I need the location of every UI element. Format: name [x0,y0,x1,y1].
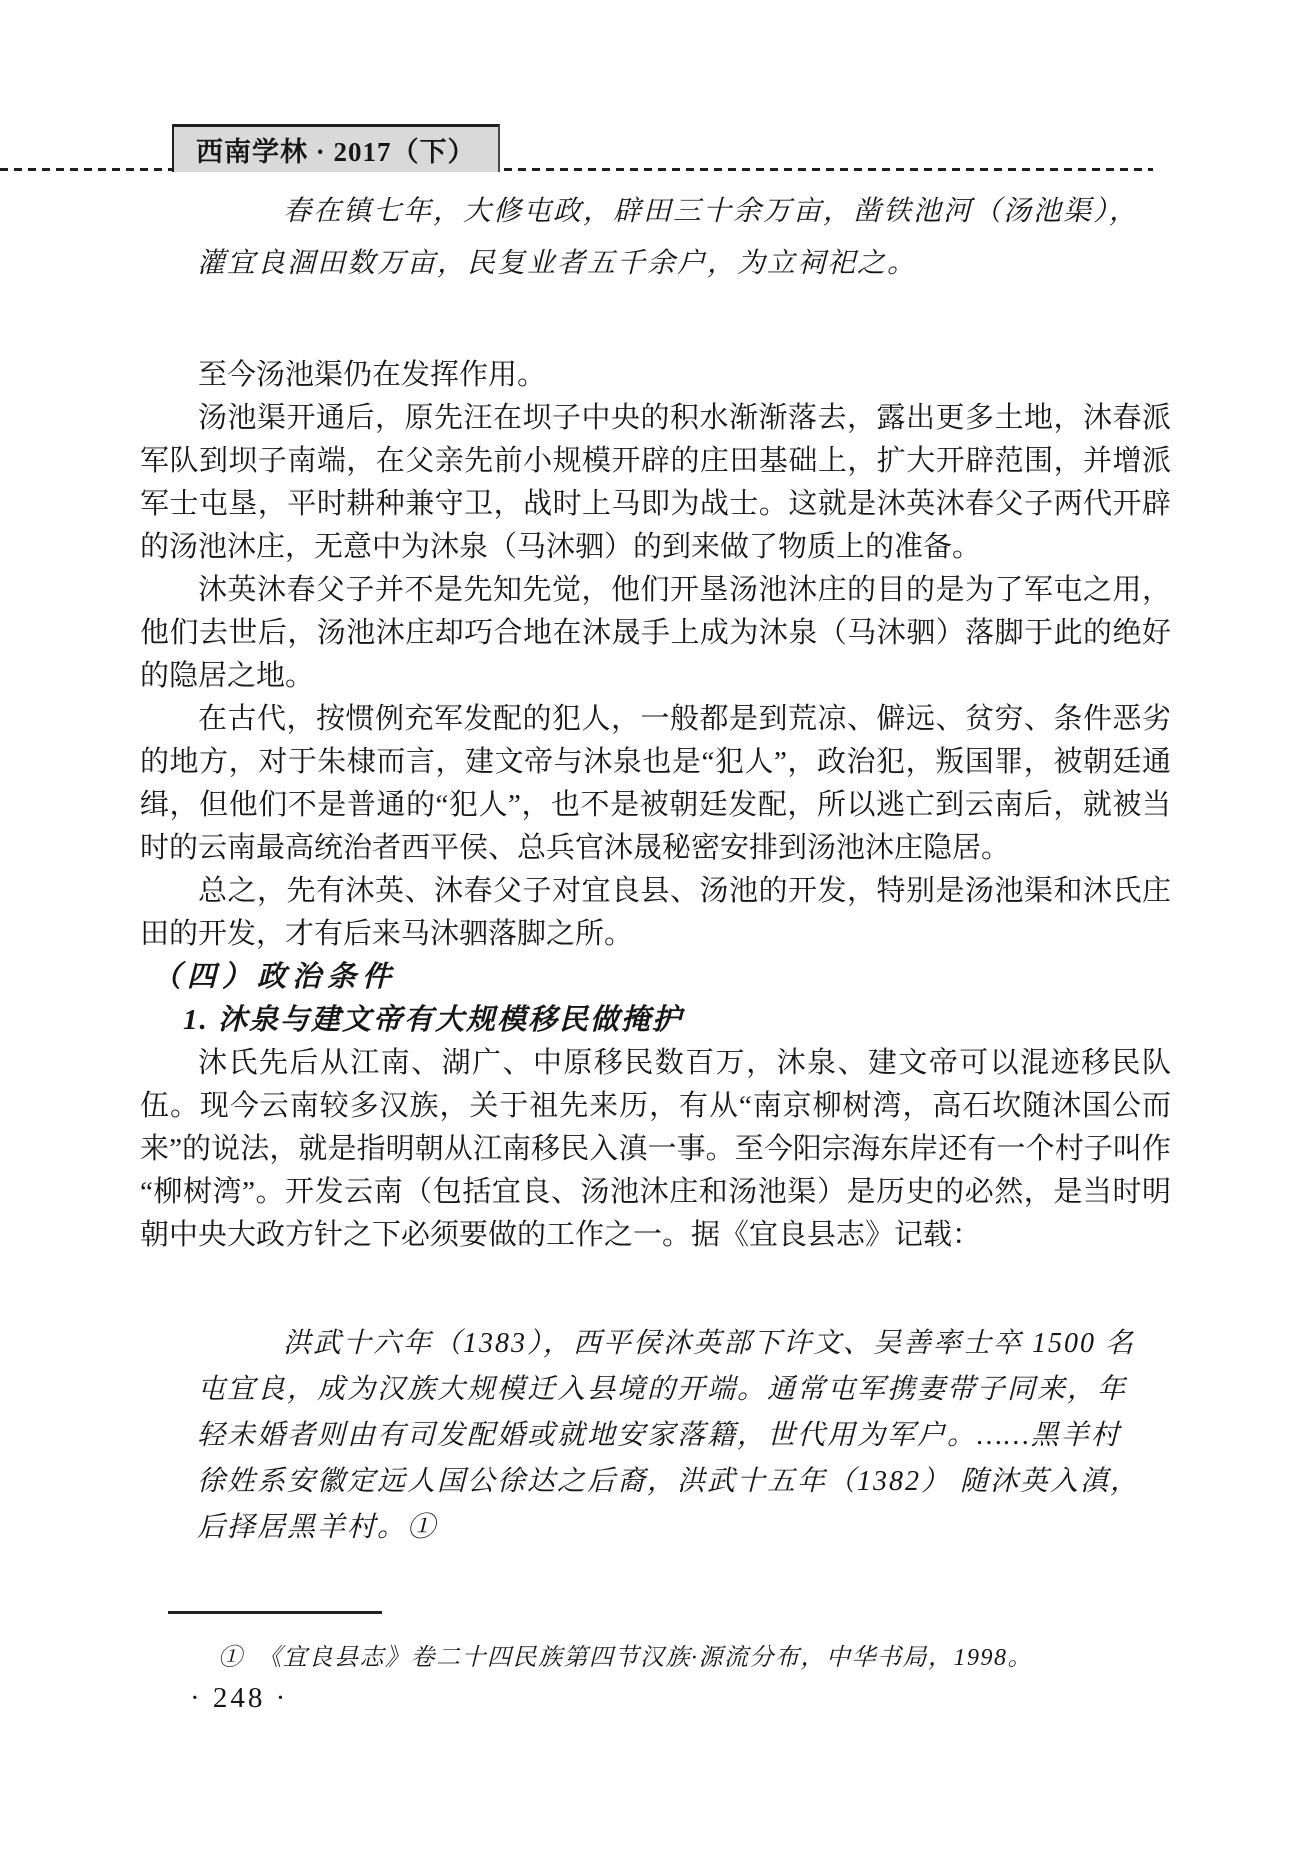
sub-heading-migration-cover: 1. 沐泉与建文帝有大规模移民做掩护 [140,999,1171,1042]
paragraph-ancient-exile: 在古代，按惯例充军发配的犯人，一般都是到荒凉、僻远、贫穷、条件恶劣的地方，对于朱… [140,698,1171,870]
footnote-divider [168,1611,382,1614]
quote-line: 灌宜良涸田数万亩，民复业者五千余户，为立祠祀之。 [197,238,1161,290]
journal-title: 西南学林 · 2017（下） [196,130,476,169]
quote-line: 春在镇七年，大修屯政，辟田三十余万亩，凿铁池河（汤池渠）， [197,186,1161,238]
quote-line: 徐姓系安徽定远人国公徐达之后裔，洪武十五年（1382） 随沐英入滇， [197,1459,1161,1505]
footnote-marker: ① [218,1645,244,1671]
quote-block-bottom: 洪武十六年（1383），西平侯沐英部下许文、吴善率士卒 1500 名 屯宜良，成… [197,1321,1161,1551]
footnote-text: 《宜良县志》卷二十四民族第四节汉族·源流分布，中华书局，1998。 [258,1645,1034,1671]
paragraph-mu-family-foresight: 沐英沐春父子并不是先知先觉，他们开垦汤池沐庄的目的是为了军屯之用，他们去世后，汤… [140,569,1171,698]
paragraph-migration: 沐氏先后从江南、湖广、中原移民数百万，沐泉、建文帝可以混迹移民队伍。现今云南较多… [140,1042,1171,1257]
quote-line: 洪武十六年（1383），西平侯沐英部下许文、吴善率士卒 1500 名 [197,1321,1161,1367]
paragraph-canal-opening: 汤池渠开通后，原先汪在坝子中央的积水渐渐落去，露出更多土地，沐春派军队到坝子南端… [140,397,1171,569]
page-body: 春在镇七年，大修屯政，辟田三十余万亩，凿铁池河（汤池渠）， 灌宜良涸田数万亩，民… [140,186,1171,1551]
page-number: · 248 · [190,1682,288,1715]
document-page: { "header": { "journal_title": "西南学林 · 2… [0,0,1307,1859]
quote-line: 轻未婚者则由有司发配婚或就地安家落籍，世代用为军户。……黑羊村 [197,1413,1161,1459]
section-heading-political-conditions: （四）政治条件 [140,956,1171,999]
paragraph-summary: 总之，先有沐英、沐春父子对宜良县、汤池的开发，特别是汤池渠和沐氏庄田的开发，才有… [140,870,1171,956]
quote-line: 屯宜良，成为汉族大规模迁入县境的开端。通常屯军携妻带子同来，年 [197,1367,1161,1413]
quote-block-top: 春在镇七年，大修屯政，辟田三十余万亩，凿铁池河（汤池渠）， 灌宜良涸田数万亩，民… [197,186,1161,290]
paragraph-canal-still-working: 至今汤池渠仍在发挥作用。 [140,354,1171,397]
quote-line: 后择居黑羊村。① [197,1505,1161,1551]
journal-header-badge: 西南学林 · 2017（下） [172,124,500,172]
footnote: ①《宜良县志》卷二十四民族第四节汉族·源流分布，中华书局，1998。 [140,1638,1171,1678]
